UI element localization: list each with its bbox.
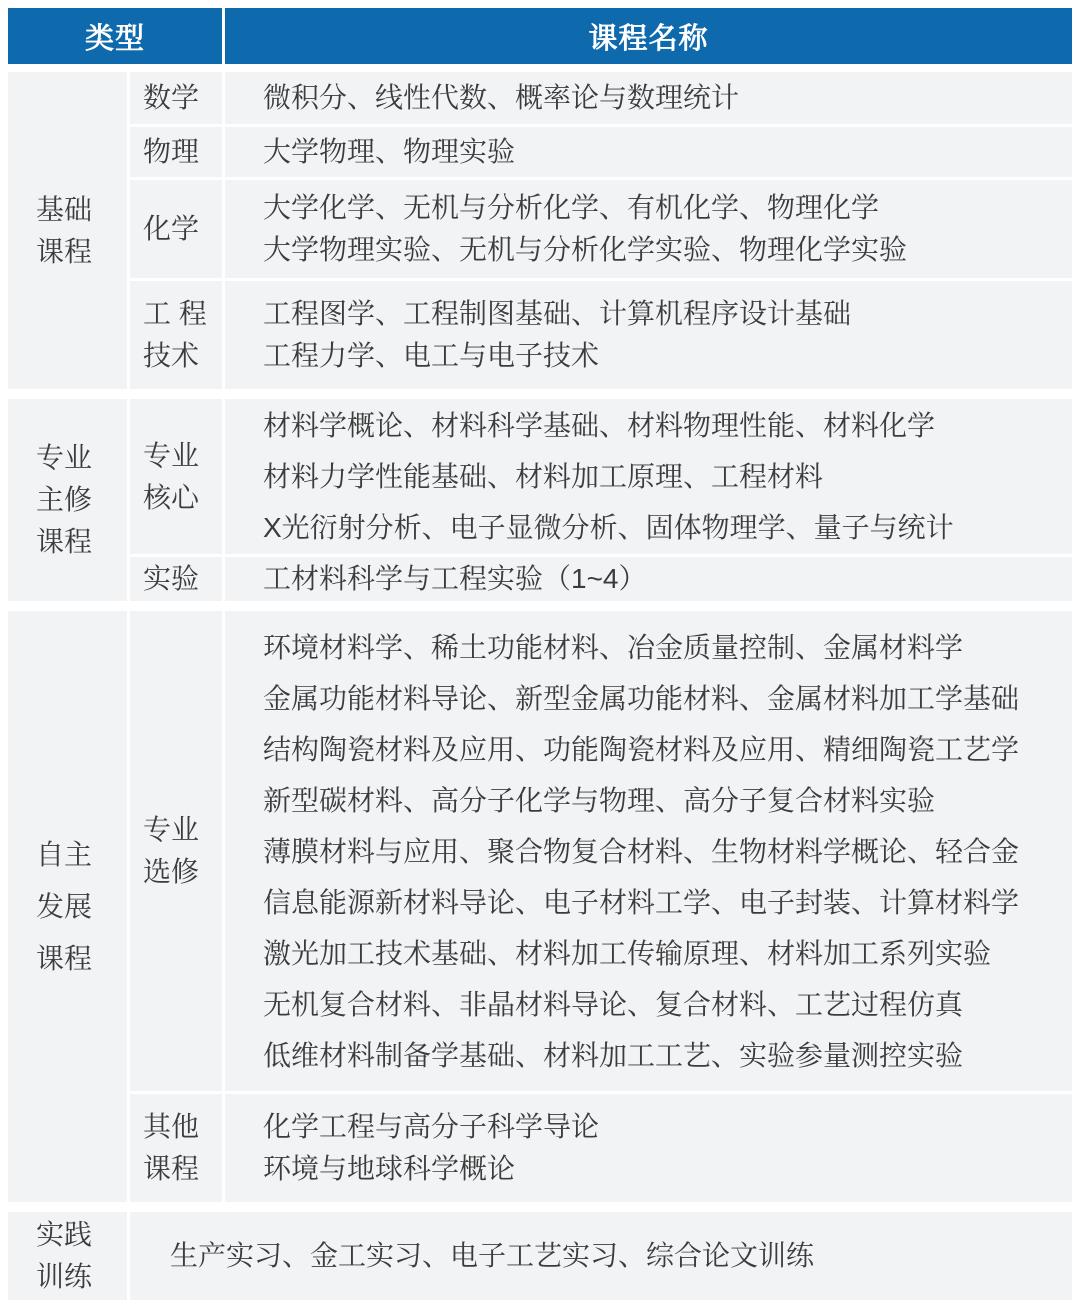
course-line: 大学物理实验、无机与分析化学实验、物理化学实验: [263, 229, 1072, 271]
course-line: 无机复合材料、非晶材料导论、复合材料、工艺过程仿真: [263, 979, 1072, 1030]
course-cell-chemistry: 大学化学、无机与分析化学、有机化学、物理化学 大学物理实验、无机与分析化学实验、…: [225, 180, 1072, 278]
course-line: 环境与地球科学概论: [263, 1148, 1072, 1190]
course-line: 化学工程与高分子科学导论: [263, 1106, 1072, 1148]
group-practical-training: 实践 训练 生产实习、金工实习、电子工艺实习、综合论文训练: [8, 1212, 1072, 1300]
course-line: 激光加工技术基础、材料加工传输原理、材料加工系列实验: [263, 928, 1072, 979]
sub-label-other-courses: 其他 课程: [130, 1094, 222, 1202]
type-label-basic: 基础 课程: [8, 72, 127, 389]
table-header: 类型 课程名称: [8, 8, 1072, 64]
curriculum-table: 类型 课程名称 基础 课程 数学 微积分、线性代数、概率论与数理统计 物理 大学…: [0, 0, 1080, 1304]
course-cell-practical-training: 生产实习、金工实习、电子工艺实习、综合论文训练: [130, 1212, 1072, 1300]
sub-label-major-elective: 专业 选修: [130, 611, 222, 1091]
course-line: 新型碳材料、高分子化学与物理、高分子复合材料实验: [263, 775, 1072, 826]
sub-label-engineering-tech: 工 程 技术: [130, 281, 222, 389]
course-cell-major-elective: 环境材料学、稀土功能材料、冶金质量控制、金属材料学 金属功能材料导论、新型金属功…: [225, 611, 1072, 1091]
course-cell-major-core: 材料学概论、材料科学基础、材料物理性能、材料化学 材料力学性能基础、材料加工原理…: [225, 399, 1072, 554]
course-line: X光衍射分析、电子显微分析、固体物理学、量子与统计: [263, 502, 1072, 553]
course-line: 材料力学性能基础、材料加工原理、工程材料: [263, 451, 1072, 502]
course-line: 环境材料学、稀土功能材料、冶金质量控制、金属材料学: [263, 622, 1072, 673]
type-label-self-development: 自主 发展 课程: [8, 611, 127, 1202]
course-cell-other-courses: 化学工程与高分子科学导论 环境与地球科学概论: [225, 1094, 1072, 1202]
type-label-practical-training: 实践 训练: [8, 1212, 127, 1300]
sub-label-major-core: 专业 核心: [130, 399, 222, 554]
course-line: 大学物理、物理实验: [263, 131, 1072, 173]
sub-label-math: 数学: [130, 72, 222, 124]
header-cell-course: 课程名称: [225, 8, 1072, 64]
group-major-courses: 专业 主修 课程 专业 核心 材料学概论、材料科学基础、材料物理性能、材料化学 …: [8, 399, 1072, 601]
course-cell-engineering-tech: 工程图学、工程制图基础、计算机程序设计基础 工程力学、电工与电子技术: [225, 281, 1072, 389]
course-line: 金属功能材料导论、新型金属功能材料、金属材料加工学基础: [263, 673, 1072, 724]
course-line: 生产实习、金工实习、电子工艺实习、综合论文训练: [170, 1235, 1072, 1277]
course-line: 工程图学、工程制图基础、计算机程序设计基础: [263, 293, 1072, 335]
group-basic-courses: 基础 课程 数学 微积分、线性代数、概率论与数理统计 物理 大学物理、物理实验 …: [8, 72, 1072, 389]
course-cell-physics: 大学物理、物理实验: [225, 127, 1072, 177]
sub-label-physics: 物理: [130, 127, 222, 177]
group-self-development-courses: 自主 发展 课程 专业 选修 环境材料学、稀土功能材料、冶金质量控制、金属材料学…: [8, 611, 1072, 1202]
course-line: 微积分、线性代数、概率论与数理统计: [263, 77, 1072, 119]
course-line: 工材料科学与工程实验（1~4）: [263, 558, 1072, 600]
course-line: 低维材料制备学基础、材料加工工艺、实验参量测控实验: [263, 1030, 1072, 1081]
course-line: 工程力学、电工与电子技术: [263, 335, 1072, 377]
sub-label-experiment: 实验: [130, 557, 222, 601]
type-label-major: 专业 主修 课程: [8, 399, 127, 601]
course-cell-experiment: 工材料科学与工程实验（1~4）: [225, 557, 1072, 601]
course-line: 材料学概论、材料科学基础、材料物理性能、材料化学: [263, 400, 1072, 451]
course-line: 结构陶瓷材料及应用、功能陶瓷材料及应用、精细陶瓷工艺学: [263, 724, 1072, 775]
course-line: 信息能源新材料导论、电子材料工学、电子封装、计算材料学: [263, 877, 1072, 928]
course-cell-math: 微积分、线性代数、概率论与数理统计: [225, 72, 1072, 124]
header-cell-type: 类型: [8, 8, 222, 64]
course-line: 大学化学、无机与分析化学、有机化学、物理化学: [263, 187, 1072, 229]
sub-label-chemistry: 化学: [130, 180, 222, 278]
course-line: 薄膜材料与应用、聚合物复合材料、生物材料学概论、轻合金: [263, 826, 1072, 877]
